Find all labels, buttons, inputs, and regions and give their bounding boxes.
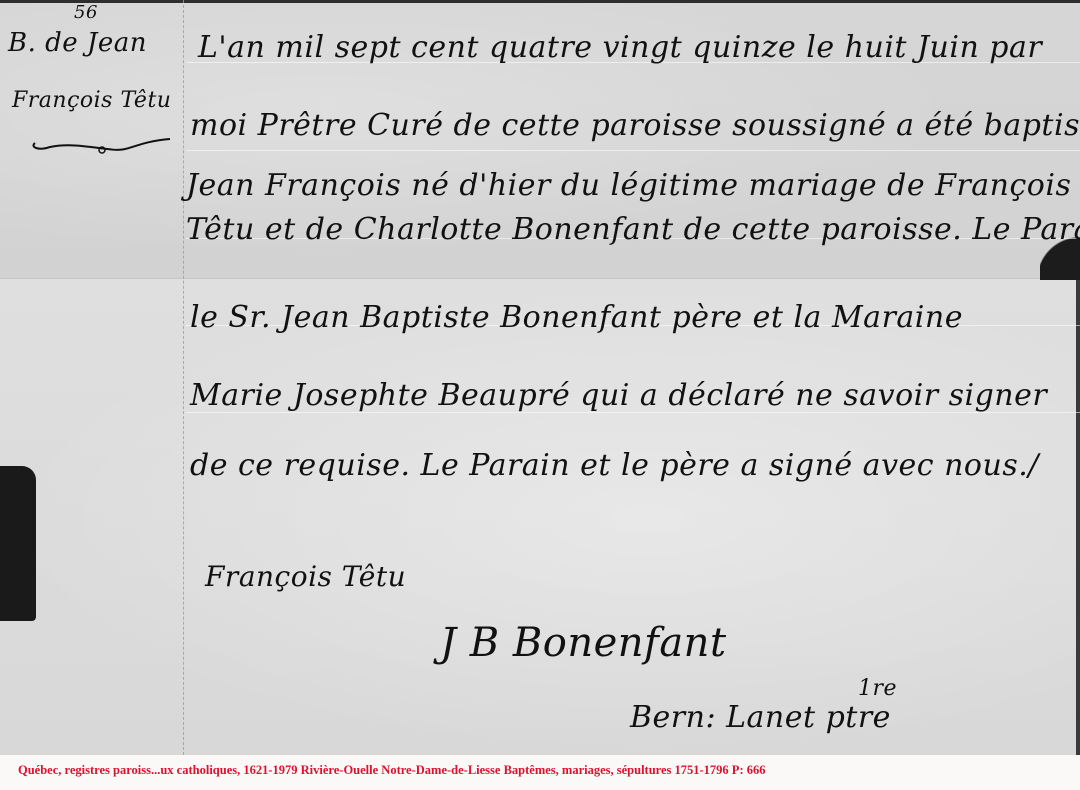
signature-mark: 1re <box>858 676 897 701</box>
margin-note-line-1: B. de Jean <box>8 28 147 58</box>
record-line-6: Marie Josephte Beaupré qui a déclaré ne … <box>190 378 1047 413</box>
signature-godfather: J B Bonenfant <box>440 620 727 666</box>
register-page-lower <box>0 278 1080 755</box>
signature-father: François Têtu <box>205 560 406 593</box>
record-line-2: moi Prêtre Curé de cette paroisse soussi… <box>190 108 1080 143</box>
margin-flourish-icon <box>30 135 180 155</box>
record-line-5: le Sr. Jean Baptiste Bonenfant père et l… <box>190 300 963 335</box>
folio-number: 56 <box>74 2 98 23</box>
scan-right-edge <box>1076 280 1080 755</box>
record-line-4: Têtu et de Charlotte Bonenfant de cette … <box>186 212 1080 247</box>
record-line-3: Jean François né d'hier du légitime mari… <box>186 168 1071 203</box>
source-caption-bar: Québec, registres paroiss...ux catholiqu… <box>0 755 1080 790</box>
source-caption: Québec, registres paroiss...ux catholiqu… <box>18 763 765 778</box>
margin-rule-line <box>183 0 184 755</box>
document-image-viewer[interactable]: 56 B. de Jean François Têtu L'an mil sep… <box>0 0 1080 755</box>
signature-priest: Bern: Lanet ptre <box>630 700 891 735</box>
scan-binding-clip <box>0 466 36 621</box>
margin-note-line-2: François Têtu <box>12 88 171 113</box>
ruled-line <box>186 150 1080 151</box>
record-line-1: L'an mil sept cent quatre vingt quinze l… <box>198 30 1042 65</box>
record-line-7: de ce requise. Le Parain et le père a si… <box>190 448 1039 483</box>
